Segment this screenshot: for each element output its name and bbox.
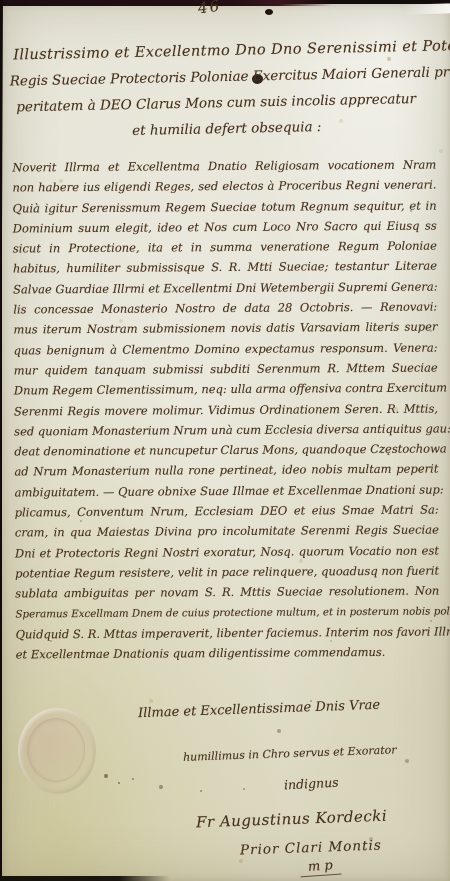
body-line: et Excellentmae Dnationis quam diligenti… — [16, 642, 440, 665]
body-line: Dnum Regem Clementissimum, neq: ulla arm… — [14, 378, 438, 401]
paper-corner-highlight — [404, 3, 450, 15]
letter-salutation: Illustrissimo et Excellentmo Dno Dno Ser… — [13, 34, 439, 147]
body-line: habitus, humiliter submissisque S. R. Mt… — [13, 256, 437, 279]
body-line: cram, in qua Maiestas Divina pro incolum… — [15, 520, 439, 543]
body-line: mus iterum Nostram submissionem novis da… — [13, 317, 437, 340]
signature-manu-propria: m p — [299, 858, 341, 878]
body-line: Quià igitur Serenissmum Regem Sueciae to… — [13, 195, 437, 218]
body-line: sublata ambiguitas per novam S. R. Mttis… — [15, 581, 439, 604]
closing-line: indignus — [284, 775, 339, 793]
body-line: Dni et Protectoris Regni Nostri exoratur… — [15, 540, 439, 563]
letter-body: Noverit Illrma et Excellentma Dnatio Rel… — [12, 155, 440, 665]
photo-edge-left — [0, 0, 3, 260]
body-line: Speramus Excellmam Dnem de cuius protect… — [15, 601, 439, 624]
embossed-seal-inner-ring — [27, 718, 85, 782]
ink-blot — [265, 9, 273, 15]
body-line: Serenmi Regis movere molimur. Vidimus Or… — [14, 398, 438, 421]
photo-edge-bottom — [0, 876, 170, 881]
embossed-seal — [18, 708, 96, 794]
photo-edge-top — [0, 0, 450, 6]
body-line: non habere ius eligendi Reges, sed elect… — [12, 175, 436, 198]
manuscript-photo: 46 Illustrissimo et Excellentmo Dno Dno … — [0, 0, 450, 881]
body-line: ad Nrum Monasterium nulla rone pertineat… — [14, 459, 438, 482]
